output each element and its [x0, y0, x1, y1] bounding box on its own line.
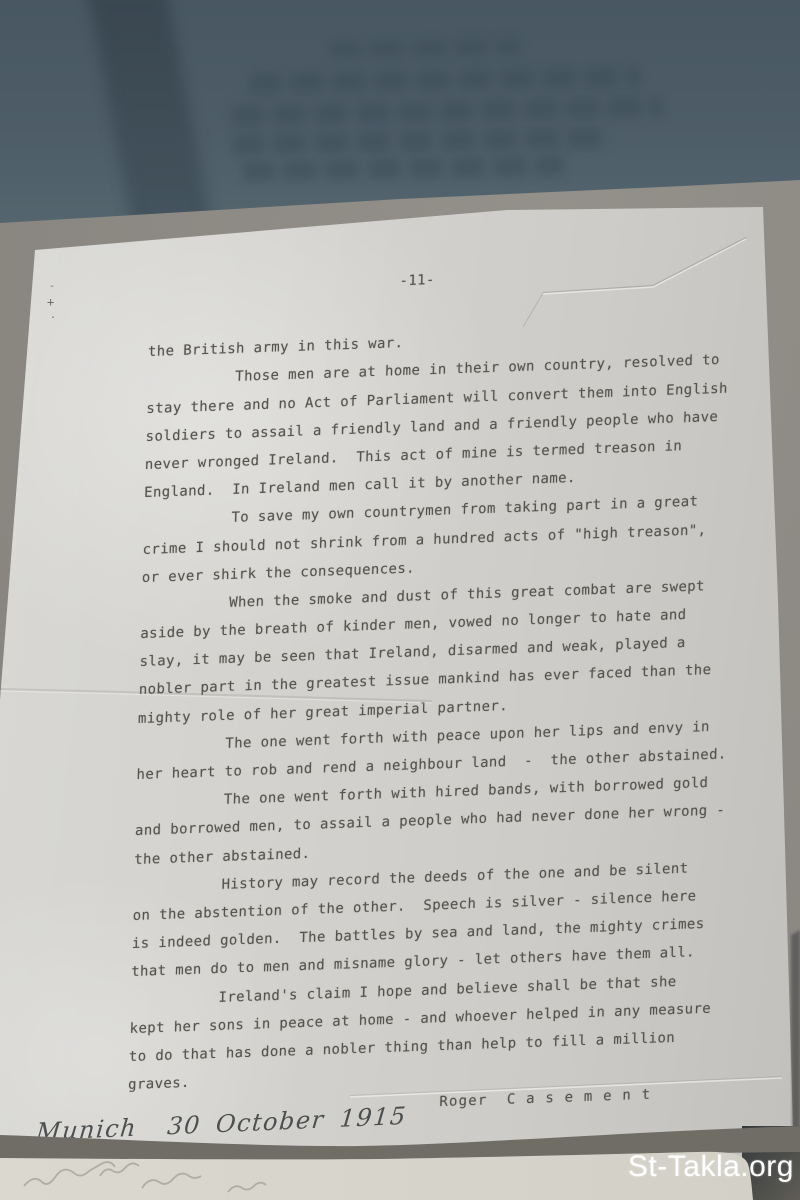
site-watermark: St-Takla.org	[628, 1150, 794, 1184]
blurred-reflection-text-line	[233, 128, 608, 155]
blurred-reflection-text-line	[232, 96, 662, 125]
margin-mark: .	[50, 310, 56, 321]
right-edge-shadow	[791, 930, 800, 1130]
typed-text-block: -11- the British army in this war. Those…	[127, 256, 735, 1128]
blurred-reflection-text-line	[243, 156, 563, 181]
blurred-reflection-text-line	[330, 38, 520, 57]
pencil-scribbles	[24, 1162, 266, 1192]
margin-mark: -	[49, 281, 55, 292]
margin-mark: +	[47, 295, 54, 309]
photo-of-document: - + . -11- the British army in this war.…	[0, 0, 800, 1200]
blurred-reflection-text-line	[250, 67, 640, 94]
glass-reflection-area	[0, 0, 800, 232]
window-frame-reflection	[86, 0, 215, 238]
